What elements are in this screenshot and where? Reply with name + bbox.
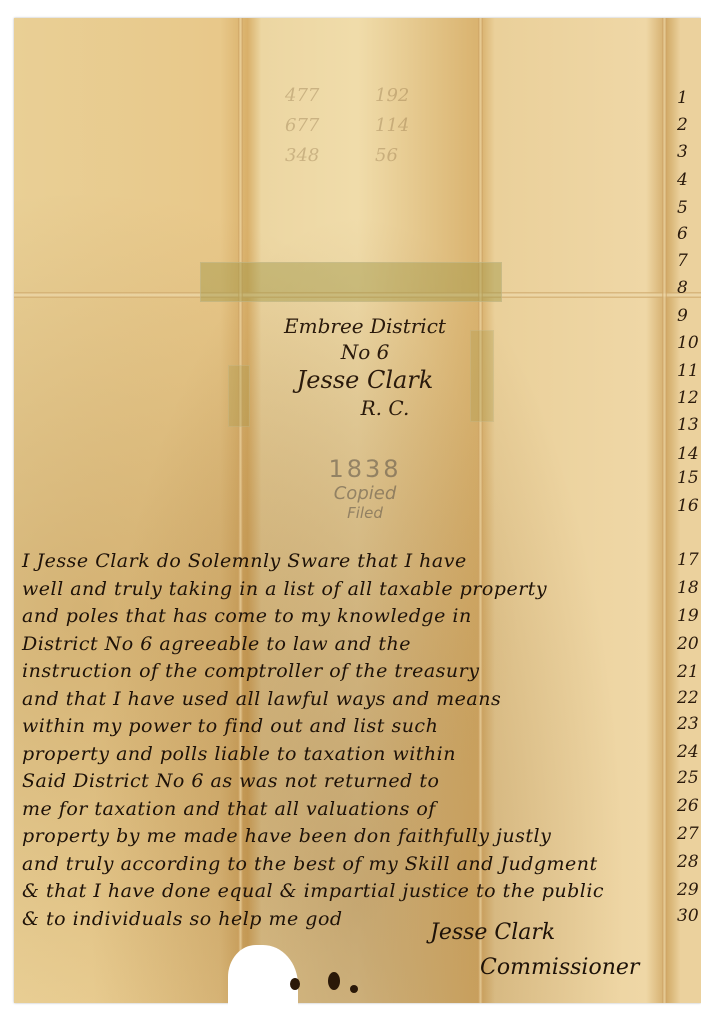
- docket-district: Embree District: [250, 314, 480, 338]
- margin-number: 3: [677, 142, 688, 162]
- signature-title: Commissioner: [480, 955, 639, 980]
- margin-number: 26: [677, 796, 699, 816]
- margin-number: 17: [677, 550, 699, 570]
- margin-number: 18: [677, 578, 699, 598]
- margin-number: 10: [677, 333, 699, 353]
- margin-number: 30: [677, 906, 699, 926]
- margin-number: 25: [677, 768, 699, 788]
- oath-line: within my power to find out and list suc…: [22, 713, 662, 741]
- oath-line: & that I have done equal & impartial jus…: [22, 878, 662, 906]
- margin-number: 21: [677, 662, 699, 682]
- oath-line: I Jesse Clark do Solemnly Sware that I h…: [22, 548, 662, 576]
- margin-number: 5: [677, 198, 688, 218]
- margin-number: 29: [677, 880, 699, 900]
- margin-number: 4: [677, 170, 688, 190]
- docket-initials: R. C.: [290, 396, 480, 420]
- margin-number: 6: [677, 224, 688, 244]
- margin-number: 19: [677, 606, 699, 626]
- oath-line: instruction of the comptroller of the tr…: [22, 658, 662, 686]
- fold-line-vertical-margin: [662, 18, 667, 1003]
- margin-number: 1: [677, 88, 688, 108]
- oath-line: well and truly taking in a list of all t…: [22, 576, 662, 604]
- pencil-copied: Copied: [300, 483, 430, 504]
- oath-line: & to individuals so help me god: [22, 906, 662, 934]
- oath-line: and truly according to the best of my Sk…: [22, 851, 662, 879]
- margin-number: 20: [677, 634, 699, 654]
- paper-tear: [228, 945, 298, 1024]
- repair-tape-left: [228, 365, 250, 427]
- bleed-through-figure: 677: [285, 115, 319, 136]
- pencil-filed: Filed: [300, 504, 430, 522]
- pencil-notations: 1838 Copied Filed: [300, 455, 430, 522]
- oath-line: District No 6 agreeable to law and the: [22, 631, 662, 659]
- margin-number: 14: [677, 444, 699, 464]
- docket-number: No 6: [250, 340, 480, 364]
- margin-number: 13: [677, 415, 699, 435]
- oath-line: property and polls liable to taxation wi…: [22, 741, 662, 769]
- oath-line: property by me made have been don faithf…: [22, 823, 662, 851]
- docket-endorsement: Embree District No 6 Jesse Clark R. C.: [250, 310, 480, 420]
- ink-blot: [328, 972, 340, 990]
- margin-number: 24: [677, 742, 699, 762]
- margin-number: 16: [677, 496, 699, 516]
- repair-tape-top: [200, 262, 502, 302]
- margin-number: 7: [677, 251, 688, 271]
- margin-number: 27: [677, 824, 699, 844]
- margin-number: 12: [677, 388, 699, 408]
- margin-number: 28: [677, 852, 699, 872]
- oath-text: I Jesse Clark do Solemnly Sware that I h…: [22, 548, 662, 933]
- oath-line: me for taxation and that all valuations …: [22, 796, 662, 824]
- oath-line: and that I have used all lawful ways and…: [22, 686, 662, 714]
- ink-blot: [290, 978, 300, 990]
- margin-number: 22: [677, 688, 699, 708]
- margin-number: 9: [677, 306, 688, 326]
- pencil-year: 1838: [300, 455, 430, 483]
- margin-number: 2: [677, 115, 688, 135]
- bleed-through-figure: 192: [375, 85, 409, 106]
- margin-number: 23: [677, 714, 699, 734]
- margin-number: 11: [677, 361, 699, 381]
- bleed-through-figure: 477: [285, 85, 319, 106]
- margin-number: 15: [677, 468, 699, 488]
- oath-line: Said District No 6 as was not returned t…: [22, 768, 662, 796]
- ink-blot: [350, 985, 358, 993]
- bleed-through-figure: 114: [375, 115, 409, 136]
- bleed-through-figure: 348: [285, 145, 319, 166]
- signature: Jesse Clark: [430, 920, 555, 945]
- oath-line: and poles that has come to my knowledge …: [22, 603, 662, 631]
- margin-number: 8: [677, 278, 688, 298]
- docket-name: Jesse Clark: [250, 366, 480, 394]
- bleed-through-figure: 56: [375, 145, 398, 166]
